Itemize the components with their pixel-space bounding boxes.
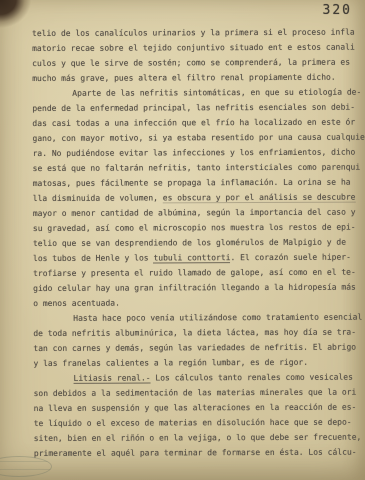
text-line: ra. No pudiéndose evitar las infecciones… <box>33 145 359 161</box>
underlined-text: Litiasis renal.- <box>74 373 151 383</box>
text-segment: telio que se van desprendiendo de los gl… <box>33 238 346 248</box>
text-segment: gano, con mayor motivo, si ya estaba res… <box>32 133 365 143</box>
text-segment: siten, bien en el riñón o en la vejiga, … <box>34 433 362 443</box>
text-line: y las franelas calientes a la región lum… <box>33 355 359 371</box>
text-line: trofiarse y presenta el ruido llamado de… <box>33 265 359 281</box>
text-line: Hasta hace poco venía utilizándose como … <box>33 310 359 326</box>
text-line: primeramente el aquél para terminar de f… <box>34 445 360 461</box>
text-line: mucho más grave, pues altera el filtro r… <box>32 70 358 86</box>
text-segment: . El corazón suele hiper- <box>230 253 350 263</box>
text-line: gido celular hay una gran infiltración l… <box>33 280 359 296</box>
text-segment: lla disminuida de volumen, <box>33 193 163 203</box>
text-segment: su gravedad, así como el microscopio nos… <box>33 223 356 233</box>
page-number: 320 <box>323 3 352 18</box>
text-segment: culos y que le sirve de sostén; como se … <box>32 58 350 68</box>
text-segment: trofiarse y presenta el ruido llamado de… <box>33 268 356 278</box>
text-line: mayor o menor cantidad de albúmina, segú… <box>33 205 359 221</box>
text-segment: telio de los canalículos urinarios y la … <box>32 28 355 38</box>
text-line: se está que no faltarán nefritis, tanto … <box>33 160 359 176</box>
text-line: de toda nefritis albuminúrica, la dieta … <box>33 325 359 341</box>
text-segment: das casi todas a una infección que el fr… <box>32 118 355 128</box>
oval-stamp <box>0 456 52 477</box>
text-segment: pende de la enfermedad principal, las ne… <box>32 103 355 113</box>
text-segment: matorio recae sobre el tejido conjuntivo… <box>32 43 355 53</box>
scanned-page: 320 telio de los canalículos urinarios y… <box>0 0 365 480</box>
text-segment: primeramente el aquél para terminar de f… <box>34 448 357 458</box>
text-line: matosas, pues fácilmente se propaga la i… <box>33 175 359 191</box>
text-segment: se está que no faltarán nefritis, tanto … <box>33 163 361 173</box>
text-segment: los tubos de Henle y los <box>33 253 153 263</box>
text-line: telio de los canalículos urinarios y la … <box>32 25 358 41</box>
text-segment: Los cálculos tanto renales como vesicale… <box>151 373 353 383</box>
underlined-text: tubuli conttorti <box>153 253 230 263</box>
text-line: telio que se van desprendiendo de los gl… <box>33 235 359 251</box>
text-line: te líquido o el exceso de materias en di… <box>34 415 360 431</box>
text-segment: tan con carnes y demás, según las varied… <box>33 343 356 353</box>
text-segment: de toda nefritis albuminúrica, la dieta … <box>33 328 356 338</box>
text-line: culos y que le sirve de sostén; como se … <box>32 55 358 71</box>
text-line: lla disminuida de volumen, es obscura y … <box>33 190 359 206</box>
text-line: tan con carnes y demás, según las varied… <box>33 340 359 356</box>
text-segment: te líquido o el exceso de materias en di… <box>34 418 352 428</box>
text-segment: son debidos a la sedimentación de las ma… <box>34 388 357 398</box>
underlined-text: es obscura y por el análisis se descubre <box>163 193 356 204</box>
text-segment: o menos acentuada. <box>33 299 120 308</box>
text-line: matorio recae sobre el tejido conjuntivo… <box>32 40 358 56</box>
text-line: siten, bien en el riñón o en la vejiga, … <box>34 430 360 446</box>
text-segment: matosas, pues fácilmente se propaga la i… <box>33 178 351 188</box>
text-line: su gravedad, así como el microscopio nos… <box>33 220 359 236</box>
text-line: gano, con mayor motivo, si ya estaba res… <box>32 130 358 146</box>
text-segment: mucho más grave, pues altera el filtro r… <box>32 73 335 83</box>
text-line: son debidos a la sedimentación de las ma… <box>34 385 360 401</box>
text-line: Aparte de las nefritis sintomáticas, en … <box>32 85 358 101</box>
text-segment: mayor o menor cantidad de albúmina, segú… <box>33 208 356 218</box>
text-line: das casi todas a una infección que el fr… <box>32 115 358 131</box>
text-line: los tubos de Henle y los tubuli conttort… <box>33 250 359 266</box>
text-segment: gido celular hay una gran infiltración l… <box>33 283 356 293</box>
text-line: Litiasis renal.- Los cálculos tanto rena… <box>34 370 360 386</box>
text-line: pende de la enfermedad principal, las ne… <box>32 100 358 116</box>
text-segment: na lleva en suspensión y que las alterac… <box>34 403 357 413</box>
typewritten-text-block: telio de los canalículos urinarios y la … <box>32 25 360 461</box>
text-segment: y las franelas calientes a la región lum… <box>33 358 308 368</box>
text-line: o menos acentuada. <box>33 295 359 311</box>
text-segment: ra. No pudiéndose evitar las infecciones… <box>33 148 356 158</box>
text-line: na lleva en suspensión y que las alterac… <box>34 400 360 416</box>
text-segment: Hasta hace poco venía utilizándose como … <box>73 313 362 323</box>
text-segment: Aparte de las nefritis sintomáticas, en … <box>72 88 361 98</box>
